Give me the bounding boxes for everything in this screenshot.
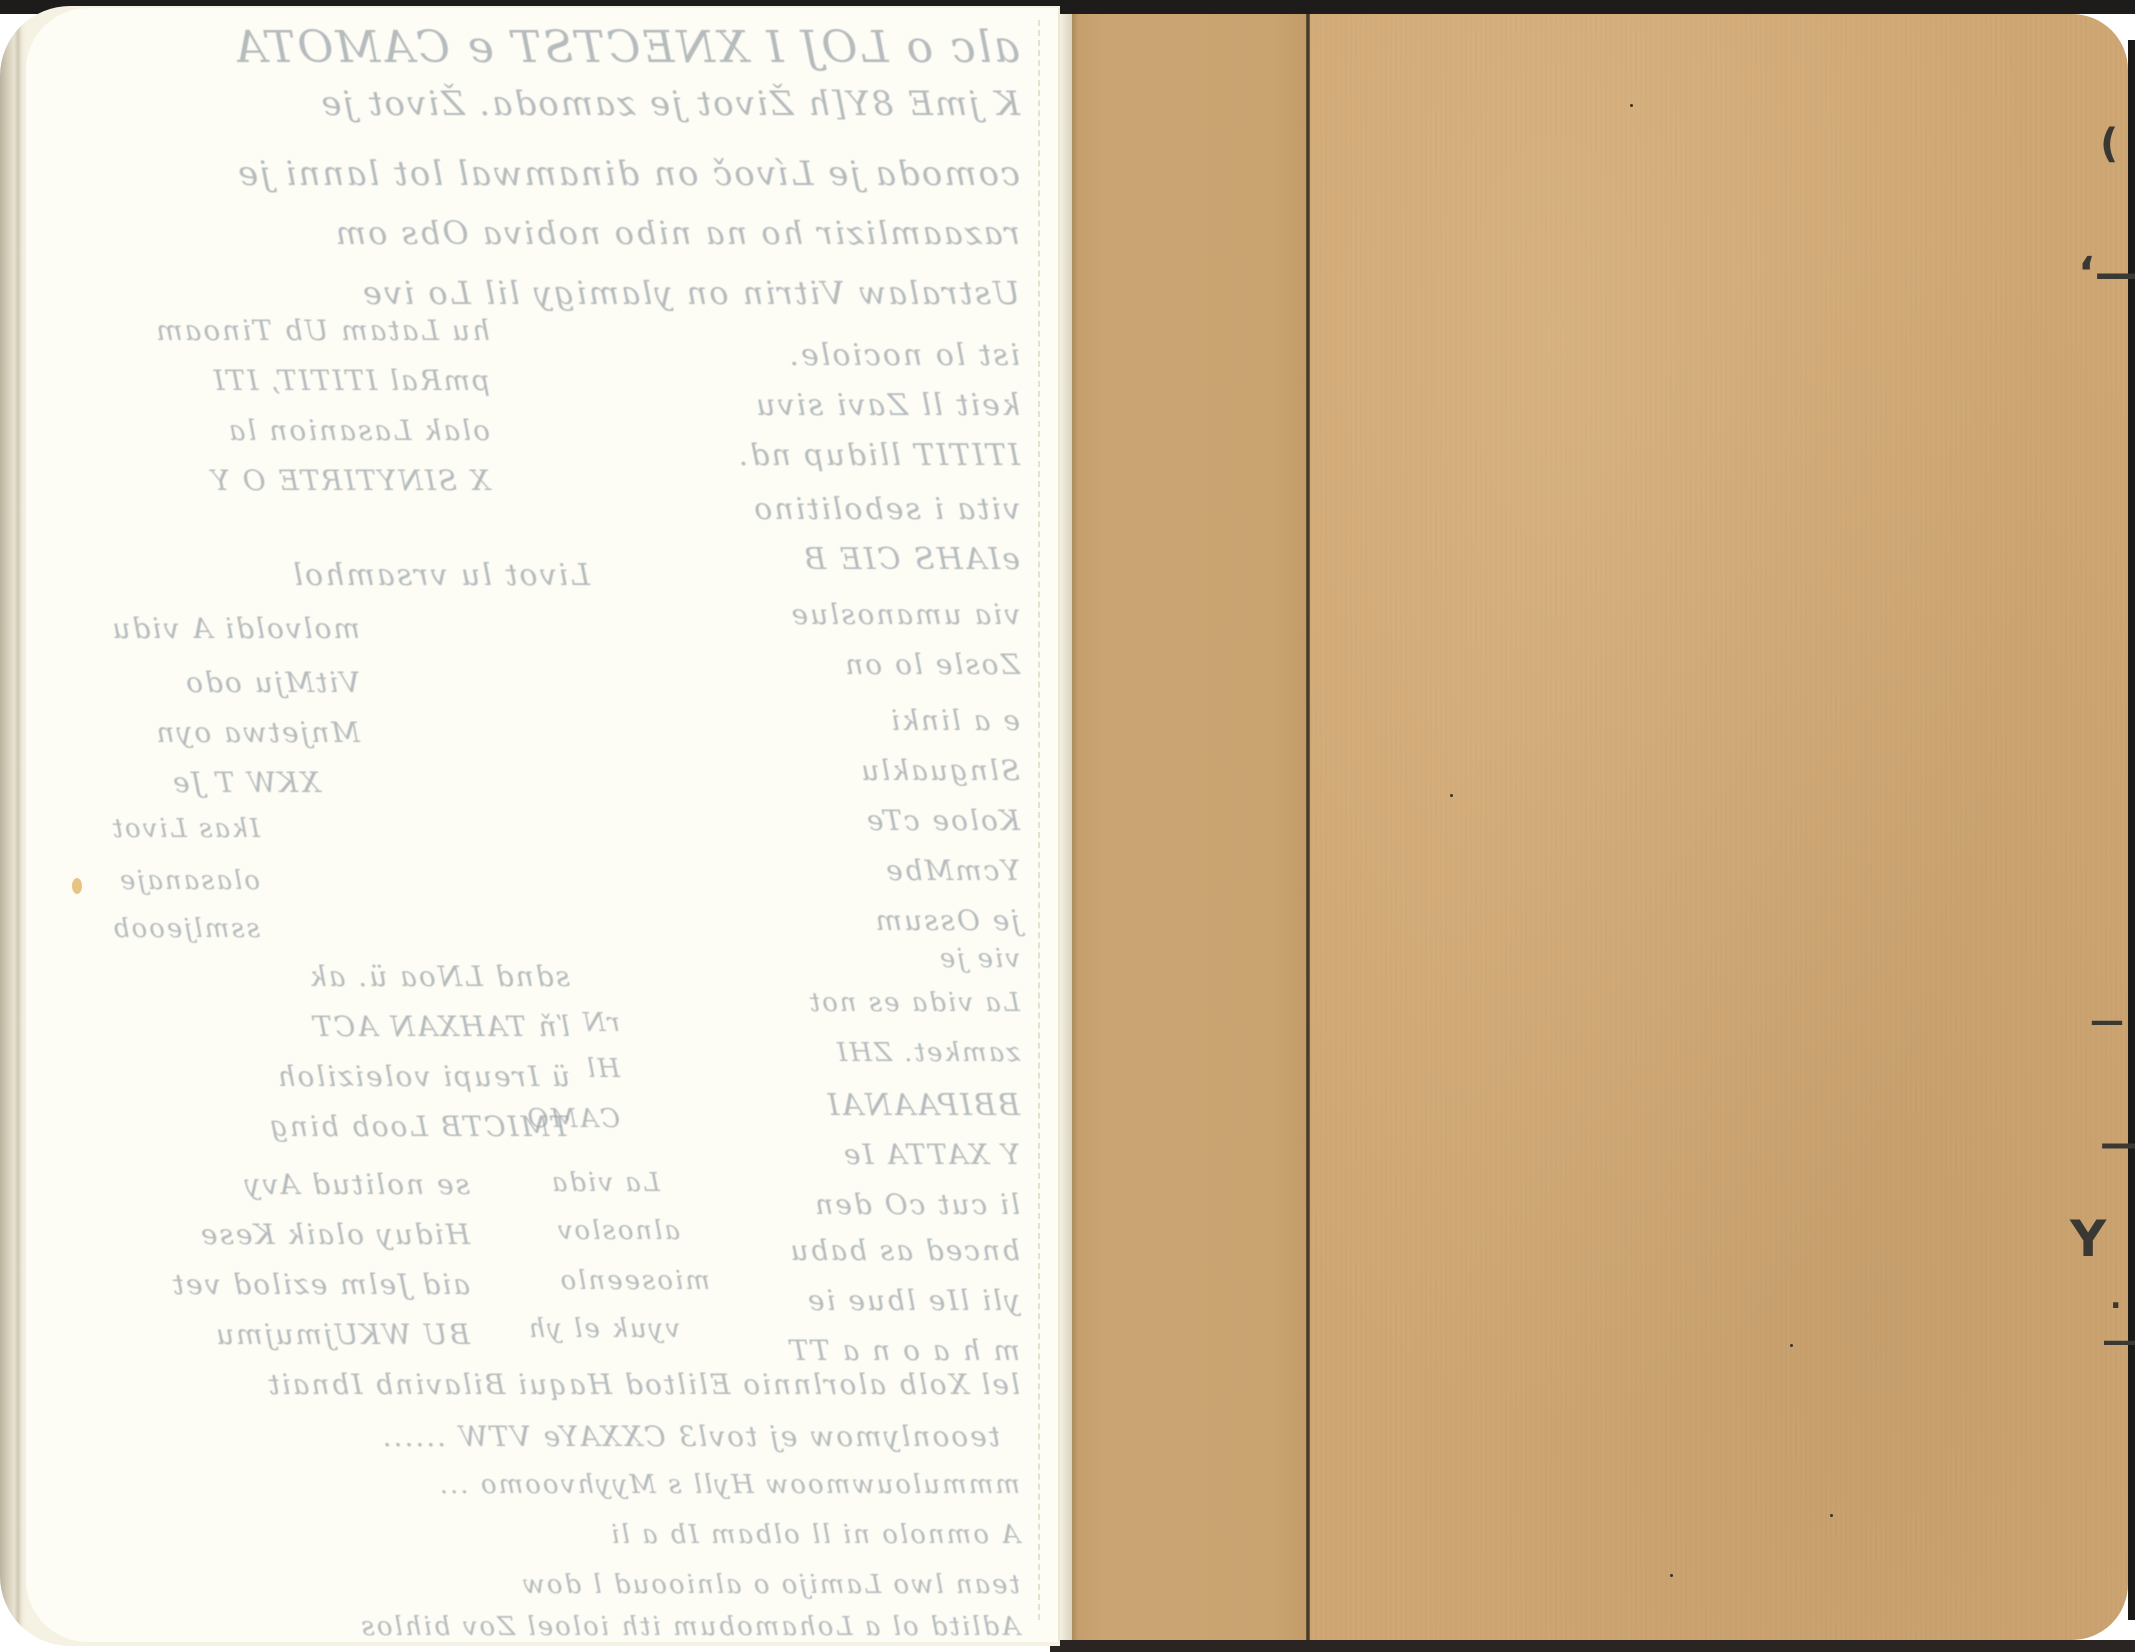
- bleed-through-text: alc o LOJ I XNECTST e CAMOTAK jmE 8Y[h Ž…: [26, 8, 1060, 1642]
- scanner-backdrop-bottom: [1050, 1640, 2135, 1652]
- bleed-through-line: rN: [581, 1008, 620, 1038]
- bleed-through-line: A omnolo ni ll olbam Ib a li: [609, 1520, 1020, 1550]
- bleed-through-line: teoonlymow ej tovl3 CXXAYe VTW ......: [381, 1420, 1000, 1453]
- bleed-through-line: BBIPAANAI: [826, 1088, 1020, 1123]
- paper-speck: [1830, 1514, 1833, 1517]
- bleed-through-line: aid Jelm ezilod vet: [171, 1268, 470, 1301]
- bleed-through-line: Koloe cTe: [865, 804, 1020, 837]
- bleed-through-line: eIAHS CIE B: [802, 542, 1020, 577]
- bleed-through-line: Y XATTA Ie: [842, 1138, 1020, 1171]
- scanned-notebook-spread: alc o LOJ I XNECTST e CAMOTAK jmE 8Y[h Ž…: [0, 0, 2135, 1652]
- cover-spine-panel: [1072, 14, 1308, 1640]
- paper-speck: [1450, 794, 1453, 797]
- bleed-through-line: razaamlizir ho na nibo nobiva Obs om: [334, 214, 1020, 252]
- bleed-through-line: yli lIe lbue ie: [806, 1284, 1020, 1317]
- bleed-through-line: lel Xolb alorlnnio Eliltod Haqui Bilavin…: [267, 1368, 1020, 1401]
- bleed-through-line: via umanoslue: [790, 598, 1020, 631]
- bleed-through-line: se nolitud Avy: [243, 1168, 470, 1201]
- bleed-through-line: Slnguaklu: [859, 754, 1020, 787]
- bleed-through-line: olasanaje: [118, 866, 260, 896]
- pen-edge-mark: —: [2100, 1124, 2135, 1164]
- bleed-through-line: Zosle lo on: [843, 648, 1020, 681]
- bleed-through-line: Hiduy olaik Kese: [199, 1218, 470, 1251]
- bleed-through-line: mmmulouwmoow Hyll s Myyhvoomo ...: [438, 1470, 1020, 1500]
- bleed-through-line: VitMju odo: [184, 666, 360, 699]
- bleed-through-line: La vida: [550, 1168, 660, 1198]
- bleed-through-line: hu Latam Ub Tinoam: [154, 314, 490, 347]
- bleed-through-line: je Ossum: [874, 904, 1020, 937]
- left-page: alc o LOJ I XNECTST e CAMOTAK jmE 8Y[h Ž…: [26, 8, 1060, 1642]
- bleed-through-line: X SINYTIRTE O Y: [209, 464, 490, 497]
- page-inner-edge: [1060, 14, 1072, 1640]
- pen-edge-mark: (: [2100, 124, 2118, 164]
- bleed-through-line: pmRal ITITIT, ITI: [212, 364, 490, 397]
- bleed-through-line: molvoldi A vidu: [110, 612, 360, 645]
- bleed-through-line: YcmMbe: [884, 854, 1020, 887]
- bleed-through-line: BU WKUjmujmu: [214, 1318, 470, 1351]
- bleed-through-line: K jmE 8Y[h Život je zamoda. Život je: [319, 84, 1020, 124]
- paper-speck: [1790, 1344, 1793, 1347]
- bleed-through-line: bnced as babu: [788, 1234, 1020, 1267]
- bleed-through-line: ITITIT llidup nd.: [737, 438, 1020, 473]
- bleed-through-line: Livot lu vrsamhol: [291, 558, 590, 593]
- bleed-through-line: comoda je Lívoč on dinamwal lot lanni je: [236, 154, 1020, 194]
- bleed-through-line: CAMO: [525, 1104, 620, 1134]
- ink-stain: [72, 878, 82, 894]
- bleed-through-line: keit ll Zavi sivu: [754, 388, 1020, 423]
- bleed-through-line: Mnjetwa oyn: [155, 716, 360, 749]
- bleed-through-line: tean lwo Lamijo o alniooud l dow: [521, 1570, 1020, 1600]
- pen-edge-mark: ‘—’: [2078, 252, 2135, 296]
- bleed-through-line: mioseenlo: [559, 1266, 710, 1296]
- paper-speck: [1670, 1574, 1673, 1577]
- bleed-through-line: zamket. ZHI: [835, 1038, 1020, 1068]
- bleed-through-line: ľň TAHXAN ACT: [311, 1010, 570, 1043]
- bleed-through-line: ssmljeoob: [111, 914, 260, 944]
- bleed-through-line: XKW T Je: [171, 766, 320, 799]
- back-cover-panel: (‘—’——Y.―: [1310, 14, 2128, 1640]
- pen-edge-mark: Y: [2070, 1214, 2106, 1264]
- bleed-through-line: e a linki: [889, 704, 1020, 737]
- bleed-through-line: olak Lasanion la: [227, 414, 490, 447]
- bleed-through-line: li cut cO den: [813, 1188, 1020, 1221]
- pen-edge-mark: ―: [2104, 1324, 2135, 1358]
- pen-edge-mark: —: [2090, 1004, 2124, 1038]
- bleed-through-line: Hl: [585, 1054, 620, 1084]
- bleed-through-line: alc o LOJ I XNECTST e CAMOTA: [233, 22, 1020, 73]
- bleed-through-line: m h a o n a TT: [788, 1334, 1020, 1367]
- paper-speck: [1630, 104, 1633, 107]
- bleed-through-line: vyuk el yh: [526, 1314, 680, 1344]
- bleed-through-line: vie je: [938, 944, 1020, 974]
- bleed-through-line: La vida es not: [808, 988, 1020, 1018]
- bleed-through-line: vita i sebolitino: [752, 492, 1020, 527]
- bleed-through-line: Ustralaw Vitrin on ylamigy lil Lo ive: [361, 274, 1020, 312]
- pen-edge-mark: .: [2110, 1284, 2121, 1314]
- bleed-through-line: ist lo nociole.: [788, 338, 1021, 373]
- bleed-through-line: alnoslov: [556, 1216, 680, 1246]
- bleed-through-line: sdnd LNoa ü. ak: [308, 960, 570, 993]
- page-gutter-perforation: [1038, 20, 1040, 1620]
- bleed-through-line: Ikas Livot: [110, 814, 260, 844]
- bleed-through-line: ü Ireupi voleiziloh: [276, 1060, 570, 1093]
- bleed-through-line: Adlitd ol a Lohamobum ith ioloel Zov bih…: [359, 1612, 1020, 1642]
